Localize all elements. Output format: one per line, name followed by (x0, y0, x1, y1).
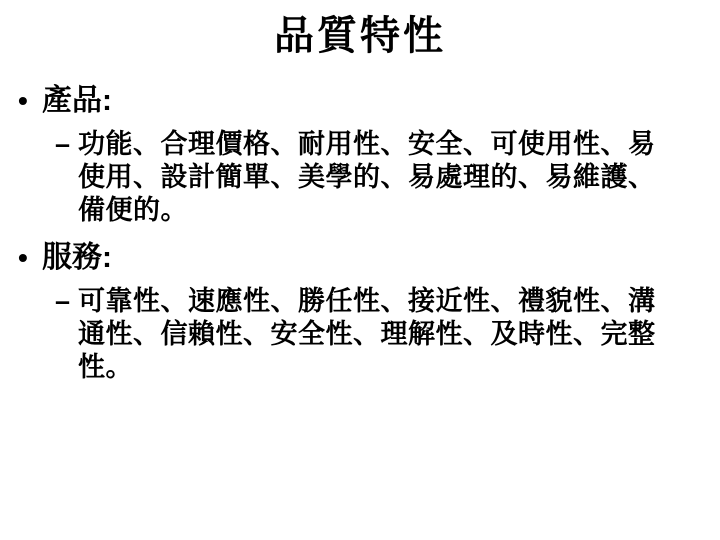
slide-body: • 產品: – 功能、合理價格、耐用性、安全、可使用性、易 使用、設計簡單、美學… (18, 82, 700, 384)
dash-marker-icon: – (55, 128, 78, 161)
sub-bullet-line: 性。 (78, 351, 656, 384)
bullet-dot-icon: • (18, 82, 42, 120)
sub-bullet-line: 可靠性、速應性、勝任性、接近性、禮貌性、溝 (78, 285, 656, 318)
sub-bullet-service: – 可靠性、速應性、勝任性、接近性、禮貌性、溝 通性、信賴性、安全性、理解性、及… (55, 285, 700, 384)
bullet-label-service: 服務: (42, 239, 112, 277)
sub-bullet-line: 功能、合理價格、耐用性、安全、可使用性、易 (78, 128, 656, 161)
presentation-slide: 品質特性 • 產品: – 功能、合理價格、耐用性、安全、可使用性、易 使用、設計… (0, 0, 720, 540)
slide-title: 品質特性 (0, 0, 720, 58)
bullet-item-product: • 產品: (18, 82, 700, 120)
dash-marker-icon: – (55, 285, 78, 318)
bullet-label-product: 產品: (42, 82, 112, 120)
sub-bullet-line: 使用、設計簡單、美學的、易處理的、易維護、 (78, 161, 656, 194)
sub-bullet-product-text: 功能、合理價格、耐用性、安全、可使用性、易 使用、設計簡單、美學的、易處理的、易… (78, 128, 656, 227)
bullet-item-service: • 服務: (18, 239, 700, 277)
sub-bullet-line: 備便的。 (78, 194, 656, 227)
sub-bullet-service-text: 可靠性、速應性、勝任性、接近性、禮貌性、溝 通性、信賴性、安全性、理解性、及時性… (78, 285, 656, 384)
sub-bullet-line: 通性、信賴性、安全性、理解性、及時性、完整 (78, 318, 656, 351)
bullet-dot-icon: • (18, 239, 42, 277)
sub-bullet-product: – 功能、合理價格、耐用性、安全、可使用性、易 使用、設計簡單、美學的、易處理的… (55, 128, 700, 227)
